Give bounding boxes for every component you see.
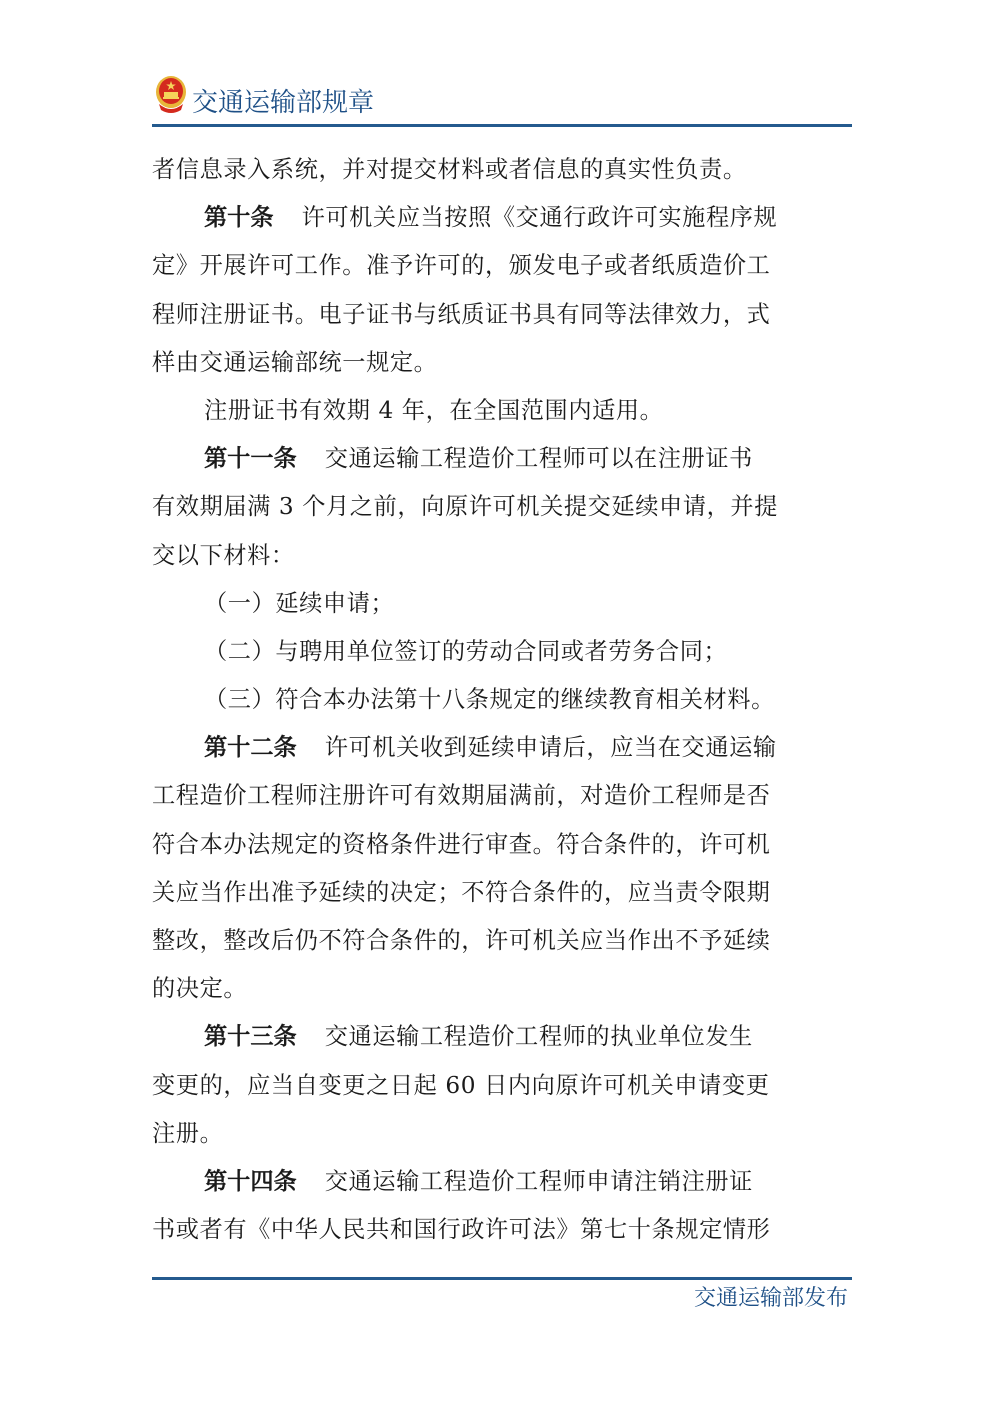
text-line: 注册。: [152, 1110, 852, 1158]
list-item: （三）符合本办法第十八条规定的继续教育相关材料。: [152, 676, 852, 724]
header-title: 交通运输部规章: [192, 88, 374, 118]
article-heading: 第十二条: [204, 734, 297, 761]
document-body: 者信息录入系统，并对提交材料或者信息的真实性负责。 第十条许可机关应当按照《交通…: [152, 146, 852, 1254]
article-12: 第十二条许可机关收到延续申请后，应当在交通运输: [152, 724, 852, 772]
footer-divider: [152, 1277, 852, 1280]
text-line: 工程造价工程师注册许可有效期届满前，对造价工程师是否: [152, 772, 852, 820]
text-line: 交以下材料：: [152, 532, 852, 580]
text-line: 整改，整改后仍不符合条件的，许可机关应当作出不予延续: [152, 917, 852, 965]
list-item: （一）延续申请；: [152, 580, 852, 628]
text-line: 者信息录入系统，并对提交材料或者信息的真实性负责。: [152, 146, 852, 194]
text-line: 变更的，应当自变更之日起 60 日内向原许可机关申请变更: [152, 1062, 852, 1110]
text-line: 的决定。: [152, 965, 852, 1013]
text-line: 符合本办法规定的资格条件进行审查。符合条件的，许可机: [152, 821, 852, 869]
article-11: 第十一条交通运输工程造价工程师可以在注册证书: [152, 435, 852, 483]
article-heading: 第十一条: [204, 445, 297, 472]
article-13: 第十三条交通运输工程造价工程师的执业单位发生: [152, 1013, 852, 1061]
text-line: 书或者有《中华人民共和国行政许可法》第七十条规定情形: [152, 1206, 852, 1254]
article-10: 第十条许可机关应当按照《交通行政许可实施程序规: [152, 194, 852, 242]
text-line: 样由交通运输部统一规定。: [152, 339, 852, 387]
article-heading: 第十条: [204, 204, 274, 231]
article-heading: 第十三条: [204, 1023, 297, 1050]
page-header: 交通运输部规章: [152, 74, 852, 126]
footer-publisher: 交通运输部发布: [694, 1284, 848, 1314]
article-heading: 第十四条: [204, 1168, 297, 1195]
text-line: 注册证书有效期 4 年，在全国范围内适用。: [152, 387, 852, 435]
national-emblem-icon: [154, 74, 188, 116]
text-line: 有效期届满 3 个月之前，向原许可机关提交延续申请，并提: [152, 483, 852, 531]
text-line: 关应当作出准予延续的决定；不符合条件的，应当责令限期: [152, 869, 852, 917]
text-line: 程师注册证书。电子证书与纸质证书具有同等法律效力，式: [152, 291, 852, 339]
text-line: 定》开展许可工作。准予许可的，颁发电子或者纸质造价工: [152, 242, 852, 290]
article-14: 第十四条交通运输工程造价工程师申请注销注册证: [152, 1158, 852, 1206]
header-divider: [152, 124, 852, 127]
list-item: （二）与聘用单位签订的劳动合同或者劳务合同；: [152, 628, 852, 676]
